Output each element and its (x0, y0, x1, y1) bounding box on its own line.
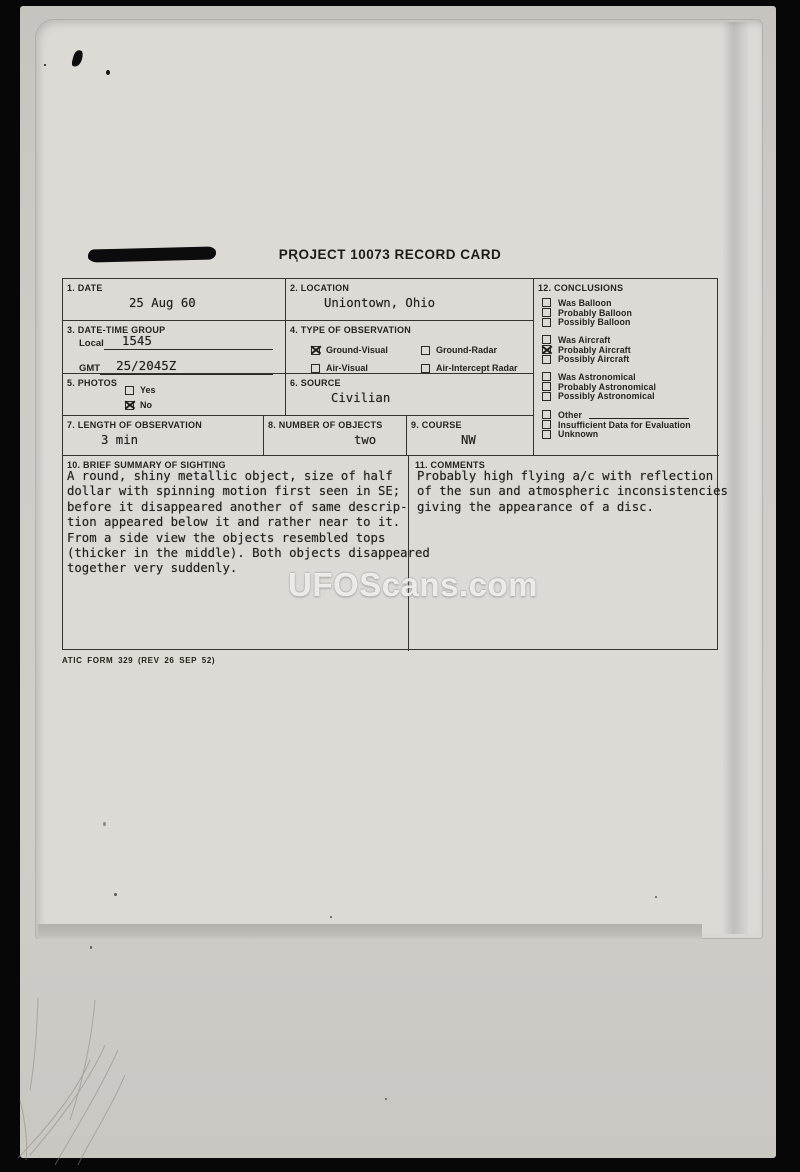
field-date-time-group: 3. DATE-TIME GROUP Local 1545 GMT 25/204… (63, 321, 286, 374)
conclusion-label: Unknown (558, 429, 598, 439)
speck (90, 946, 92, 949)
watermark: UFOScans.com (268, 566, 558, 604)
gmt-fill-line: 25/2045Z (100, 356, 273, 375)
conclusions-other-group: Other Insufficient Data for Evaluation U… (542, 410, 713, 439)
conclusion-label: Probably Aircraft (558, 345, 631, 355)
field-length-of-observation: 7. LENGTH OF OBSERVATION 3 min (63, 416, 264, 456)
checkbox-photos-yes (125, 386, 134, 395)
checkbox-probably-balloon (542, 308, 551, 317)
checkbox-was-astronomical (542, 372, 551, 381)
speck (385, 1098, 387, 1100)
conclusion-label: Was Astronomical (558, 372, 636, 382)
field-length-value: 3 min (101, 433, 138, 447)
field-source-value: Civilian (331, 391, 390, 405)
conclusion-possibly-balloon: Possibly Balloon (542, 317, 713, 327)
conclusions-aircraft-group: Was Aircraft Probably Aircraft Possibly … (542, 335, 713, 364)
field-photos: 5. PHOTOS Yes No (63, 374, 286, 416)
field-brief-summary: 10. BRIEF SUMMARY OF SIGHTING A round, s… (63, 456, 409, 651)
option-label: Ground-Radar (436, 345, 497, 355)
checkbox-probably-aircraft (542, 345, 551, 354)
conclusion-label: Possibly Aircraft (558, 354, 629, 364)
speck (103, 822, 106, 826)
option-label: Air-Visual (326, 363, 368, 373)
option-label: Air-Intercept Radar (436, 363, 518, 373)
conclusion-label: Possibly Balloon (558, 317, 630, 327)
conclusion-label: Was Aircraft (558, 335, 610, 345)
field-comments: 11. COMMENTS Probably high flying a/c wi… (409, 456, 719, 651)
speck (655, 896, 657, 898)
checkbox-was-aircraft (542, 335, 551, 344)
speck (114, 893, 117, 896)
conclusion-possibly-aircraft: Possibly Aircraft (542, 354, 713, 364)
checkbox-other (542, 410, 551, 419)
option-label: No (140, 400, 152, 410)
field-conclusions: 12. CONCLUSIONS Was Balloon Probably Bal… (534, 279, 719, 456)
speck (330, 916, 332, 918)
field-number-value: two (354, 433, 376, 447)
pencil-scratches (0, 980, 180, 1170)
option-label: Yes (140, 385, 156, 395)
conclusion-other: Other (542, 410, 713, 420)
conclusion-label: Other (558, 410, 582, 420)
option-photos-yes: Yes (125, 385, 156, 395)
field-source: 6. SOURCE Civilian (286, 374, 534, 416)
option-label: Ground-Visual (326, 345, 388, 355)
conclusion-was-astronomical: Was Astronomical (542, 372, 713, 382)
conclusion-unknown: Unknown (542, 429, 713, 439)
field-location-label: 2. LOCATION (290, 283, 349, 293)
field-date-value: 25 Aug 60 (129, 296, 196, 310)
dtg-local-row: Local 1545 (79, 333, 273, 350)
field-photos-label: 5. PHOTOS (67, 378, 117, 388)
conclusion-label: Insufficient Data for Evaluation (558, 420, 691, 430)
scanned-document-page: PROJECT 10073 RECORD CARD UFOScans.com 1… (0, 0, 800, 1172)
local-fill-line: 1545 (104, 331, 273, 350)
checkbox-possibly-balloon (542, 318, 551, 327)
field-conclusions-label: 12. CONCLUSIONS (538, 283, 623, 293)
conclusion-probably-balloon: Probably Balloon (542, 308, 713, 318)
option-air-intercept-radar: Air-Intercept Radar (421, 363, 518, 373)
option-ground-visual: Ground-Visual (311, 345, 388, 355)
conclusion-insufficient-data: Insufficient Data for Evaluation (542, 420, 713, 430)
checkbox-air-intercept-radar (421, 364, 430, 373)
conclusion-possibly-astronomical: Possibly Astronomical (542, 391, 713, 401)
field-date: 1. DATE 25 Aug 60 (63, 279, 286, 321)
conclusion-was-balloon: Was Balloon (542, 298, 713, 308)
checkbox-ground-radar (421, 346, 430, 355)
other-fill-line (589, 411, 689, 419)
field-type-of-observation: 4. TYPE OF OBSERVATION Ground-Visual Gro… (286, 321, 534, 374)
checkbox-insufficient-data (542, 420, 551, 429)
conclusions-astronomical-group: Was Astronomical Probably Astronomical P… (542, 372, 713, 401)
checkbox-possibly-astronomical (542, 392, 551, 401)
conclusion-label: Probably Balloon (558, 308, 632, 318)
conclusion-probably-astronomical: Probably Astronomical (542, 382, 713, 392)
field-course: 9. COURSE NW (407, 416, 534, 456)
gmt-value: 25/2045Z (116, 358, 176, 373)
field-number-label: 8. NUMBER OF OBJECTS (268, 420, 383, 430)
ink-dot (44, 64, 46, 66)
checkbox-photos-no (125, 401, 134, 410)
field-summary-text: A round, shiny metallic object, size of … (67, 469, 430, 577)
field-course-value: NW (461, 433, 476, 447)
checkbox-probably-astronomical (542, 382, 551, 391)
conclusion-label: Possibly Astronomical (558, 391, 655, 401)
conclusion-probably-aircraft: Probably Aircraft (542, 345, 713, 355)
conclusion-label: Was Balloon (558, 298, 612, 308)
checkbox-possibly-aircraft (542, 355, 551, 364)
option-ground-radar: Ground-Radar (421, 345, 497, 355)
dtg-gmt-row: GMT 25/2045Z (79, 358, 273, 375)
sheet-bottom-edge (38, 924, 702, 939)
field-location: 2. LOCATION Uniontown, Ohio (286, 279, 534, 321)
field-course-label: 9. COURSE (411, 420, 462, 430)
option-air-visual: Air-Visual (311, 363, 368, 373)
checkbox-unknown (542, 430, 551, 439)
field-comments-text: Probably high flying a/c with reflection… (417, 469, 728, 515)
local-value: 1545 (122, 333, 152, 348)
conclusion-was-aircraft: Was Aircraft (542, 335, 713, 345)
conclusions-balloon-group: Was Balloon Probably Balloon Possibly Ba… (542, 298, 713, 327)
conclusion-label: Probably Astronomical (558, 382, 656, 392)
field-location-value: Uniontown, Ohio (324, 296, 435, 310)
field-type-label: 4. TYPE OF OBSERVATION (290, 325, 411, 335)
checkbox-ground-visual (311, 346, 320, 355)
field-date-label: 1. DATE (67, 283, 103, 293)
form-number: ATIC FORM 329 (REV 26 SEP 52) (62, 656, 215, 665)
page-title: PROJECT 10073 RECORD CARD (62, 247, 718, 262)
local-label: Local (79, 338, 104, 350)
field-source-label: 6. SOURCE (290, 378, 341, 388)
field-number-of-objects: 8. NUMBER OF OBJECTS two (264, 416, 407, 456)
ink-dot (106, 70, 110, 75)
field-length-label: 7. LENGTH OF OBSERVATION (67, 420, 202, 430)
checkbox-air-visual (311, 364, 320, 373)
option-photos-no: No (125, 400, 152, 410)
checkbox-was-balloon (542, 298, 551, 307)
